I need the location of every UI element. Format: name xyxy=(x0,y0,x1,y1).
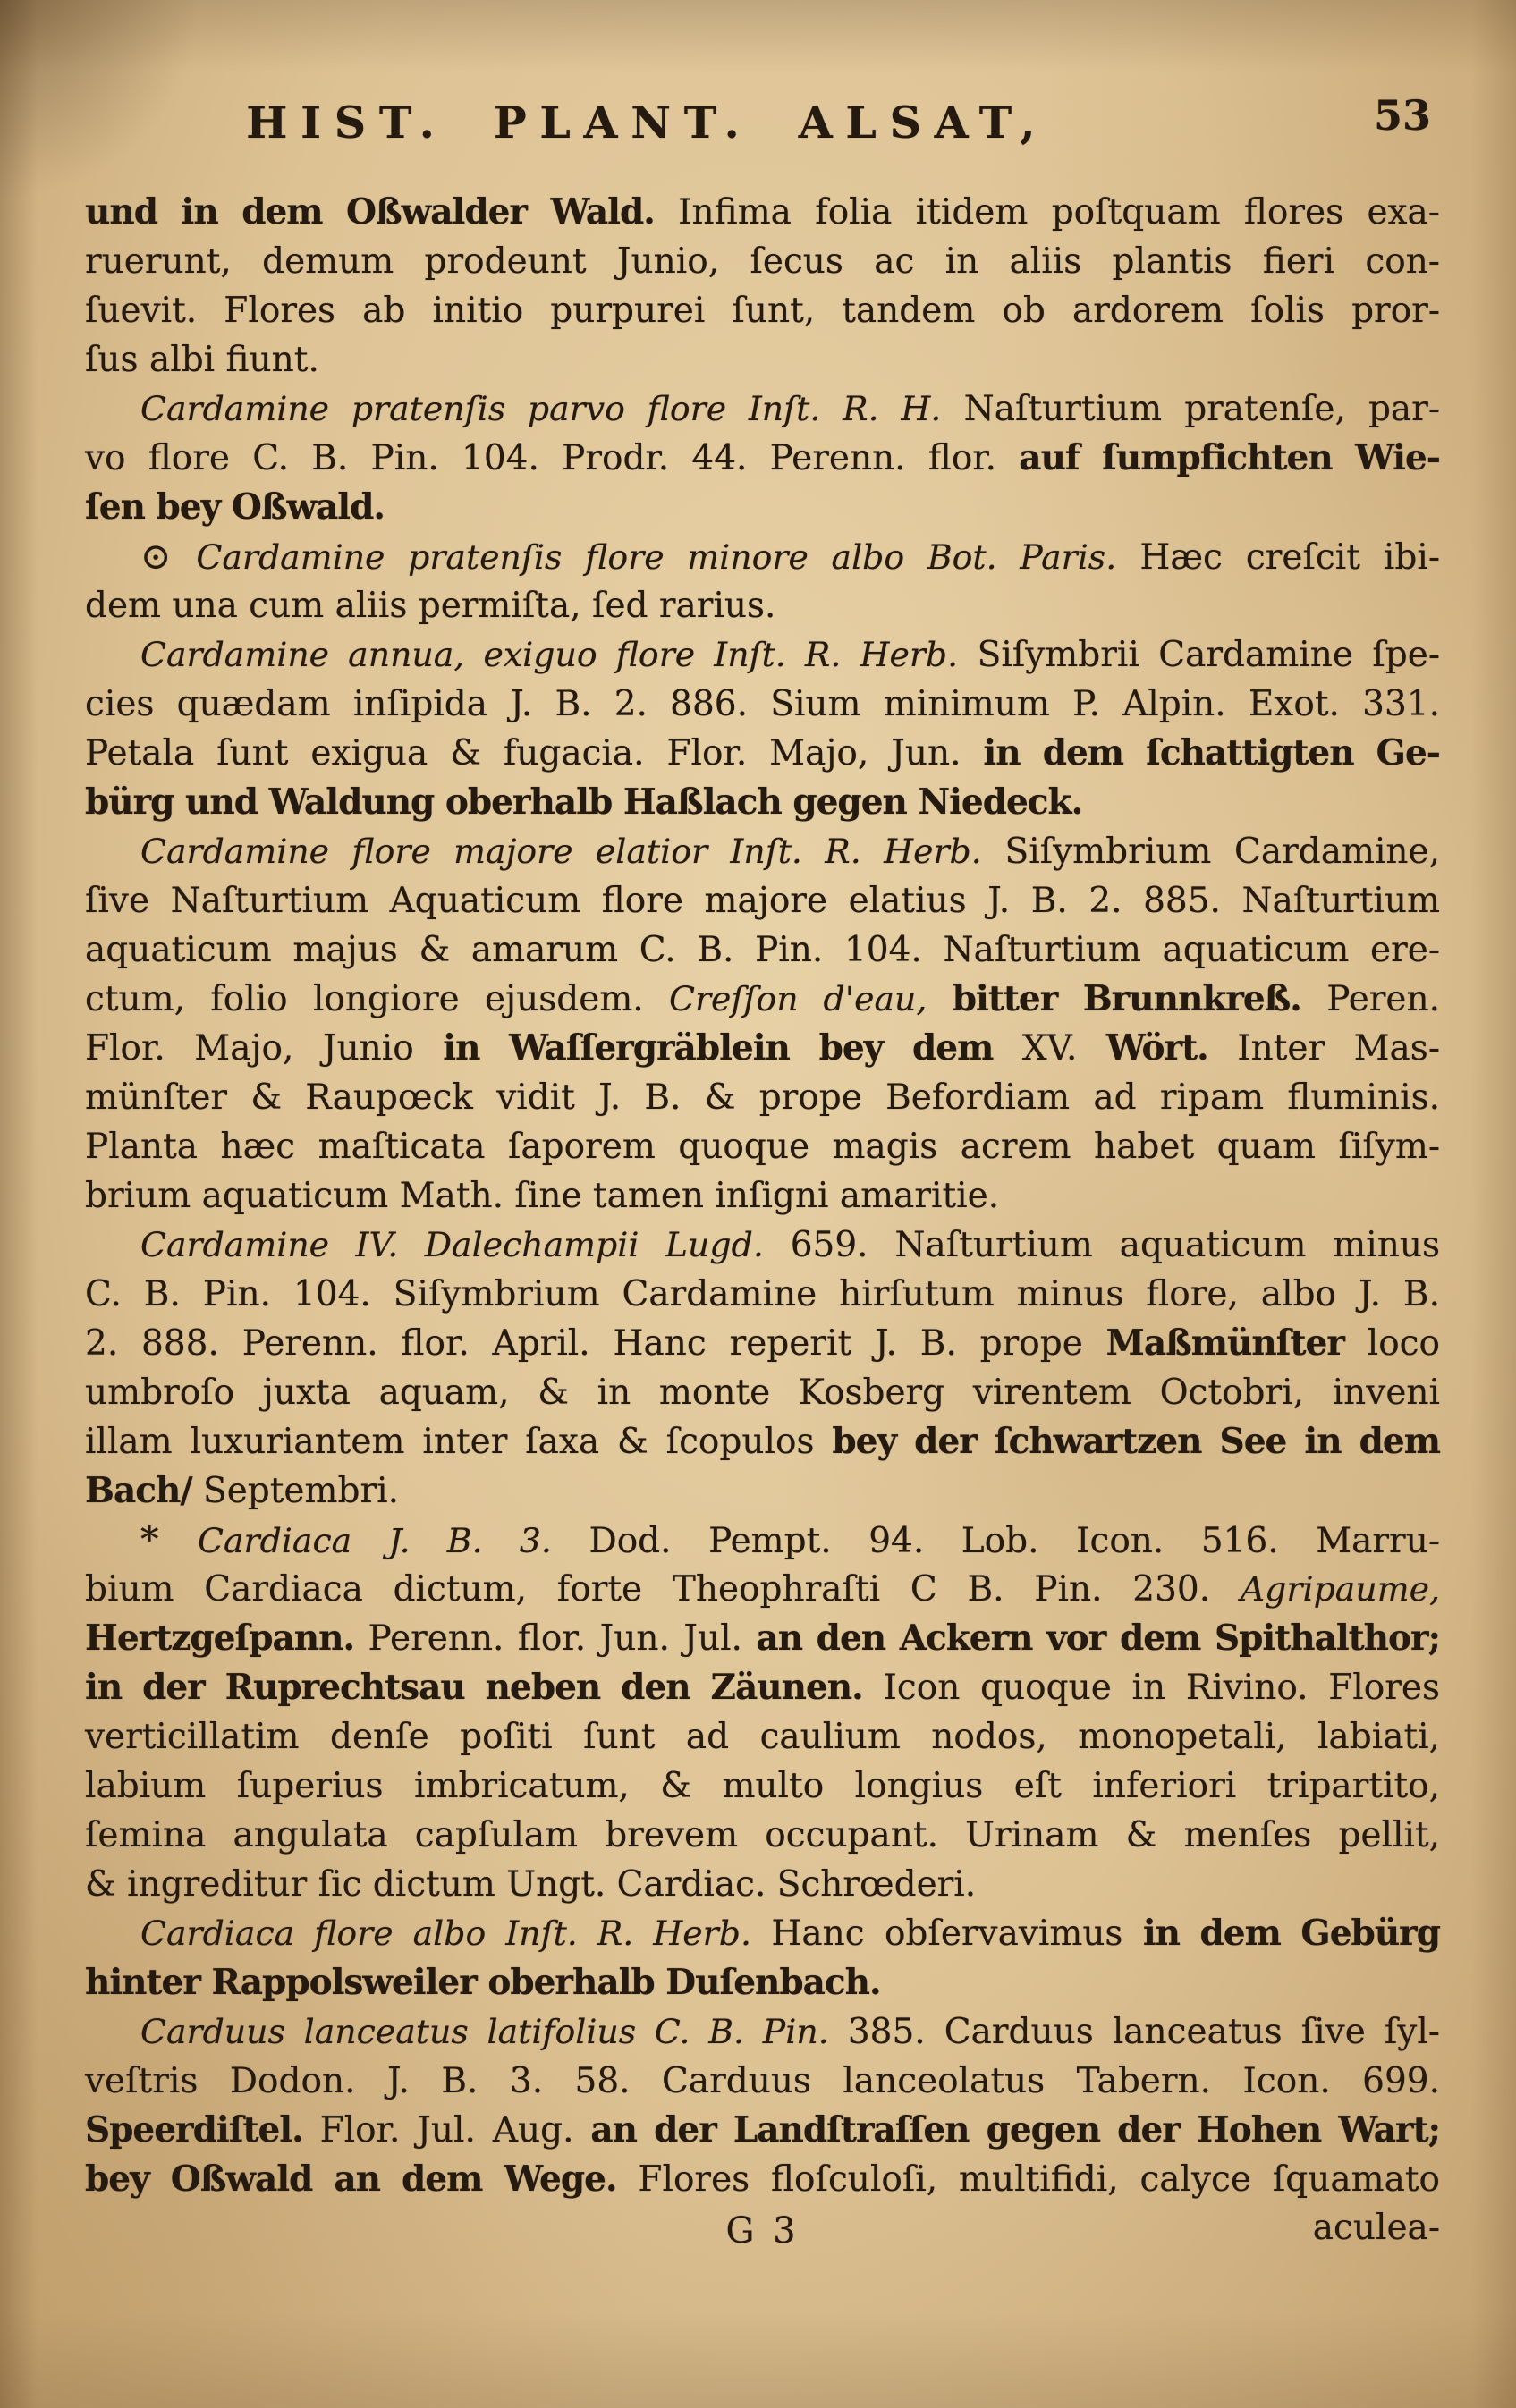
text-segment-roman: 385. Carduus lanceatus ſive ſyl- xyxy=(848,2012,1440,2052)
text-segment-roman: Flor. Majo, Junio xyxy=(85,1028,414,1069)
text-segment-roman: Inter Mas- xyxy=(1237,1028,1440,1069)
text-segment-roman: 2. 888. Perenn. flor. April. Hanc reperi… xyxy=(85,1323,1083,1364)
text-segment-roman: veſtris Dodon. J. B. 3. 58. Carduus lanc… xyxy=(85,2061,1440,2101)
text-line: ſen bey Oßwald. xyxy=(85,483,1440,532)
text-segment-roman: ſuevit. Flores ab initio purpurei ſunt, … xyxy=(85,291,1440,331)
text-segment-roman: brium aquaticum Math. ſine tamen inſigni… xyxy=(85,1176,999,1216)
text-segment-italic: Cardamine annua, exiguo flore Inſt. R. H… xyxy=(140,635,958,674)
text-segment-roman: Flores floſculoſi, multifidi, calyce ſqu… xyxy=(638,2159,1440,2200)
text-segment-roman: Icon quoque in Rivino. Flores xyxy=(883,1668,1440,1708)
text-line: bium Cardiaca dictum, forte Theophraſti … xyxy=(85,1565,1440,1614)
text-segment-italic: Cardamine flore majore elatior Inſt. R. … xyxy=(140,832,982,871)
text-segment-frak: ſen bey Oßwald. xyxy=(85,486,385,528)
text-segment-frak: Wört. xyxy=(1106,1027,1208,1069)
text-line: ⊙ Cardamine pratenſis flore minore albo … xyxy=(85,532,1440,581)
text-line: dem una cum aliis permiſta, ſed rarius. xyxy=(85,581,1440,630)
text-segment-frak: Bach/ xyxy=(85,1470,192,1511)
text-line: Carduus lanceatus latifolius C. B. Pin. … xyxy=(85,2007,1440,2057)
text-segment-roman: münſter & Raupœck vidit J. B. & prope Be… xyxy=(85,1077,1440,1118)
text-segment-frak: bey Oßwald an dem Wege. xyxy=(85,2159,617,2200)
text-line: illam luxuriantem inter ſaxa & ſcopulos … xyxy=(85,1417,1440,1466)
text-segment-frak: in der Ruprechtsau neben den Zäunen. xyxy=(85,1667,863,1708)
text-line: Flor. Majo, Junio in Waſſergräblein bey … xyxy=(85,1024,1440,1073)
text-segment-roman: Siſymbrii Cardamine ſpe- xyxy=(978,635,1440,675)
text-segment-italic: Cardamine IV. Dalechampii Lugd. xyxy=(140,1225,764,1264)
text-segment-roman: ruerunt, demum prodeunt Junio, ſecus ac … xyxy=(85,241,1440,282)
text-line: veſtris Dodon. J. B. 3. 58. Carduus lanc… xyxy=(85,2057,1440,2106)
text-segment-roman: Hæc creſcit ibi- xyxy=(1139,537,1440,578)
text-segment-roman: Naſturtium pratenſe, par- xyxy=(964,389,1440,429)
text-segment-roman: ſive Naſturtium Aquaticum flore majore e… xyxy=(85,881,1440,921)
text-line: Cardamine flore majore elatior Inſt. R. … xyxy=(85,827,1440,876)
text-segment-roman: verticillatim denſe poſiti ſunt ad cauli… xyxy=(85,1717,1440,1757)
text-segment-roman: Peren. xyxy=(1326,979,1440,1019)
text-segment-roman: Planta hæc maſticata ſaporem quoque magi… xyxy=(85,1127,1440,1167)
text-line: Cardamine pratenſis parvo flore Inſt. R.… xyxy=(85,384,1440,434)
text-line: Cardiaca flore albo Inſt. R. Herb. Hanc … xyxy=(85,1909,1440,1958)
text-segment-roman: Perenn. flor. Jun. Jul. xyxy=(368,1618,742,1659)
text-segment-frak: hinter Rappolsweiler oberhalb Duſenbach. xyxy=(85,1962,881,2003)
text-segment-roman: & ingreditur ſic dictum Ungt. Cardiac. S… xyxy=(85,1864,976,1905)
text-segment-frak: bey der ſchwartzen See in dem xyxy=(832,1421,1440,1462)
text-line: hinter Rappolsweiler oberhalb Duſenbach. xyxy=(85,1958,1440,2007)
text-line: ſive Naſturtium Aquaticum flore majore e… xyxy=(85,876,1440,925)
text-segment-frak: in dem ſchattigten Ge- xyxy=(983,732,1440,773)
text-segment-roman: Septembri. xyxy=(203,1471,399,1511)
text-line: ſus albi fiunt. xyxy=(85,335,1440,384)
text-line: und in dem Oßwalder Wald. Infima folia i… xyxy=(85,188,1440,237)
text-segment-italic: Cardiaca flore albo Inſt. R. Herb. xyxy=(140,1914,751,1953)
text-segment-frak: Hertzgeſpann. xyxy=(85,1618,354,1659)
text-segment-frak: an der Landſtraſſen gegen der Hohen Wart… xyxy=(590,2109,1440,2150)
text-line: ſemina angulata capſulam brevem occupant… xyxy=(85,1811,1440,1860)
page-title: HIST. PLANT. ALSAT, xyxy=(246,97,1048,148)
text-segment-roman: dem una cum aliis permiſta, ſed rarius. xyxy=(85,586,775,626)
text-line: ruerunt, demum prodeunt Junio, ſecus ac … xyxy=(85,237,1440,286)
text-segment-roman: bium Cardiaca dictum, forte Theophraſti … xyxy=(85,1569,1210,1610)
text-line: ctum, folio longiore ejusdem. Creſſon d'… xyxy=(85,975,1440,1024)
text-line: & ingreditur ſic dictum Ungt. Cardiac. S… xyxy=(85,1860,1440,1909)
text-segment-frak: in Waſſergräblein bey dem xyxy=(443,1027,993,1069)
text-line: C. B. Pin. 104. Siſymbrium Cardamine hir… xyxy=(85,1270,1440,1319)
text-segment-roman: ſus albi fiunt. xyxy=(85,340,319,380)
text-segment-frak: in dem Gebürg xyxy=(1143,1913,1440,1954)
page-number: 53 xyxy=(1374,91,1431,139)
text-segment-roman: XV. xyxy=(1022,1028,1078,1069)
text-line: münſter & Raupœck vidit J. B. & prope Be… xyxy=(85,1073,1440,1122)
text-line: cies quædam inſipida J. B. 2. 886. Sium … xyxy=(85,680,1440,729)
text-segment-roman: 659. Naſturtium aquaticum minus xyxy=(791,1225,1440,1265)
text-line: Bach/ Septembri. xyxy=(85,1466,1440,1516)
text-segment-italic: Creſſon d'eau, xyxy=(669,979,927,1018)
text-line: verticillatim denſe poſiti ſunt ad cauli… xyxy=(85,1712,1440,1762)
text-segment-roman: Dod. Pempt. 94. Lob. Icon. 516. Marru- xyxy=(589,1521,1440,1561)
text-segment-italic: Cardamine pratenſis parvo flore Inſt. R.… xyxy=(140,389,941,428)
text-line: ſuevit. Flores ab initio purpurei ſunt, … xyxy=(85,286,1440,335)
text-line: Cardamine annua, exiguo flore Inſt. R. H… xyxy=(85,630,1440,680)
text-segment-roman: ctum, folio longiore ejusdem. xyxy=(85,979,644,1019)
botanical-symbol: ⊙ xyxy=(140,535,173,578)
text-line: Cardamine IV. Dalechampii Lugd. 659. Naſ… xyxy=(85,1221,1440,1270)
body-text: und in dem Oßwalder Wald. Infima folia i… xyxy=(85,188,1440,2204)
text-segment-italic: Cardamine pratenſis flore minore albo Bo… xyxy=(196,537,1116,577)
text-segment-roman: C. B. Pin. 104. Siſymbrium Cardamine hir… xyxy=(85,1274,1440,1314)
text-line: brium aquaticum Math. ſine tamen inſigni… xyxy=(85,1171,1440,1221)
footer-row: G 3 aculea- xyxy=(85,2207,1440,2260)
text-line: Petala ſunt exigua & fugacia. Flor. Majo… xyxy=(85,729,1440,778)
text-segment-frak: und in dem Oßwalder Wald. xyxy=(85,191,655,232)
text-line: bey Oßwald an dem Wege. Flores floſculoſ… xyxy=(85,2155,1440,2204)
text-segment-roman: Siſymbrium Cardamine, xyxy=(1005,832,1441,872)
text-segment-roman: Flor. Jul. Aug. xyxy=(320,2110,574,2150)
text-line: bürg und Waldung oberhalb Haßlach gegen … xyxy=(85,778,1440,827)
text-line: umbroſo juxta aquam, & in monte Kosberg … xyxy=(85,1368,1440,1417)
text-segment-roman: vo flore C. B. Pin. 104. Prodr. 44. Pere… xyxy=(85,438,996,478)
text-segment-roman: labium ſuperius imbricatum, & multo long… xyxy=(85,1766,1440,1806)
text-line: vo flore C. B. Pin. 104. Prodr. 44. Pere… xyxy=(85,434,1440,483)
text-line: in der Ruprechtsau neben den Zäunen. Ico… xyxy=(85,1663,1440,1712)
catchword: aculea- xyxy=(1313,2203,1440,2252)
text-segment-roman: Petala ſunt exigua & fugacia. Flor. Majo… xyxy=(85,733,961,773)
text-segment-frak: bitter Brunnkreß. xyxy=(953,978,1301,1019)
text-segment-italic: Agripaume, xyxy=(1241,1569,1440,1609)
botanical-symbol: * xyxy=(140,1518,160,1561)
text-segment-frak: an den Ackern vor dem Spithalthor; xyxy=(756,1618,1440,1659)
text-segment-roman: aquaticum majus & amarum C. B. Pin. 104.… xyxy=(85,930,1440,970)
text-line: 2. 888. Perenn. flor. April. Hanc reperi… xyxy=(85,1319,1440,1368)
text-segment-roman: umbroſo juxta aquam, & in monte Kosberg … xyxy=(85,1373,1440,1413)
text-segment-italic: Cardiaca J. B. 3. xyxy=(198,1521,552,1560)
text-segment-roman: Hanc obſervavimus xyxy=(771,1914,1122,1954)
book-page: HIST. PLANT. ALSAT, 53 und in dem Oßwald… xyxy=(0,0,1516,2408)
text-segment-roman: loco xyxy=(1368,1323,1440,1364)
text-segment-roman: cies quædam inſipida J. B. 2. 886. Sium … xyxy=(85,684,1440,724)
signature-mark: G 3 xyxy=(725,2207,799,2256)
text-line: aquaticum majus & amarum C. B. Pin. 104.… xyxy=(85,925,1440,975)
running-header: HIST. PLANT. ALSAT, 53 xyxy=(85,97,1440,168)
text-line: Hertzgeſpann. Perenn. flor. Jun. Jul. an… xyxy=(85,1614,1440,1663)
text-line: labium ſuperius imbricatum, & multo long… xyxy=(85,1762,1440,1811)
text-segment-roman: ſemina angulata capſulam brevem occupant… xyxy=(85,1815,1440,1855)
text-line: Planta hæc maſticata ſaporem quoque magi… xyxy=(85,1122,1440,1171)
text-segment-frak: Speerdiſtel. xyxy=(85,2109,303,2150)
text-segment-roman: illam luxuriantem inter ſaxa & ſcopulos xyxy=(85,1422,814,1462)
text-segment-frak: auf ſumpfichten Wie- xyxy=(1019,437,1440,478)
text-segment-roman: Infima folia itidem poſtquam flores exa- xyxy=(678,192,1440,232)
text-line: Speerdiſtel. Flor. Jul. Aug. an der Land… xyxy=(85,2106,1440,2155)
text-line: * Cardiaca J. B. 3. Dod. Pempt. 94. Lob.… xyxy=(85,1516,1440,1565)
text-segment-frak: bürg und Waldung oberhalb Haßlach gegen … xyxy=(85,782,1082,823)
text-segment-italic: Carduus lanceatus latifolius C. B. Pin. xyxy=(140,2012,829,2051)
text-segment-frak: Maßmünſter xyxy=(1106,1322,1344,1364)
